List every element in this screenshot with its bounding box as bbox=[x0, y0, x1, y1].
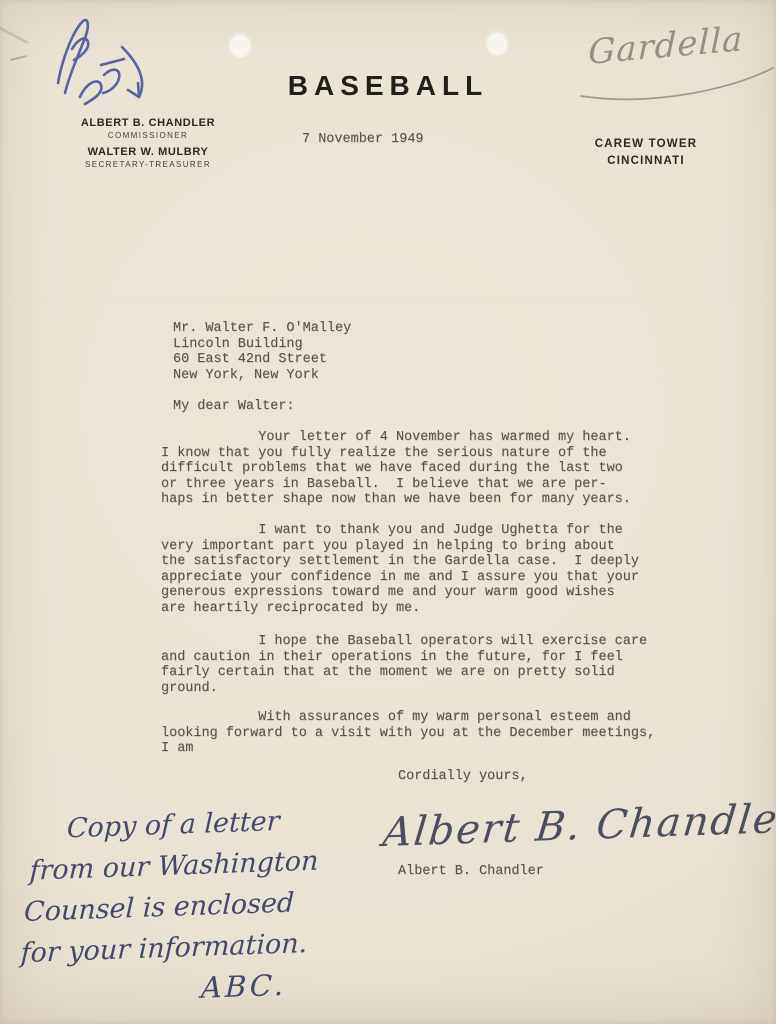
recipient-street: 60 East 42nd Street bbox=[173, 352, 327, 367]
letterhead-officials: ALBERT B. CHANDLER COMMISSIONER WALTER W… bbox=[58, 117, 238, 175]
punch-hole-left bbox=[229, 33, 251, 57]
handwritten-signature: Albert B. Chandler bbox=[381, 796, 776, 856]
typed-signature-name: Albert B. Chandler bbox=[398, 864, 544, 880]
recipient-city: New York, New York bbox=[173, 368, 319, 383]
closing-phrase: Cordially yours, bbox=[398, 769, 528, 785]
recipient-address-block: Mr. Walter F. O'Malley Lincoln Building … bbox=[173, 321, 351, 383]
body-paragraph-4: With assurances of my warm personal este… bbox=[161, 710, 655, 757]
official-title: COMMISSIONER bbox=[58, 131, 238, 140]
body-paragraph-1: Your letter of 4 November has warmed my … bbox=[161, 430, 631, 508]
masthead-title: BASEBALL bbox=[0, 70, 776, 102]
official-name: ALBERT B. CHANDLER bbox=[58, 117, 238, 129]
location-building: CAREW TOWER bbox=[578, 136, 714, 153]
official-title: SECRETARY-TREASURER bbox=[58, 160, 238, 169]
note-initials: ABC. bbox=[200, 962, 355, 1008]
body-paragraph-3: I hope the Baseball operators will exerc… bbox=[161, 634, 647, 696]
location-city: CINCINNATI bbox=[578, 153, 714, 170]
recipient-name: Mr. Walter F. O'Malley bbox=[173, 321, 351, 336]
letter-scan-page: Gardella BASEBALL ALBERT B. CHANDLER COM… bbox=[0, 0, 776, 1024]
official-name: WALTER W. MULBRY bbox=[58, 146, 238, 158]
punch-hole-right bbox=[486, 31, 508, 55]
letterhead-location: CAREW TOWER CINCINNATI bbox=[578, 136, 714, 170]
handwritten-note: Copy of a letter from our Washington Cou… bbox=[25, 798, 362, 1015]
body-paragraph-2: I want to thank you and Judge Ughetta fo… bbox=[161, 523, 639, 617]
letter-date: 7 November 1949 bbox=[302, 132, 424, 148]
paper-fold-line bbox=[0, 301, 776, 304]
recipient-building: Lincoln Building bbox=[173, 337, 303, 352]
salutation: My dear Walter: bbox=[173, 399, 295, 415]
